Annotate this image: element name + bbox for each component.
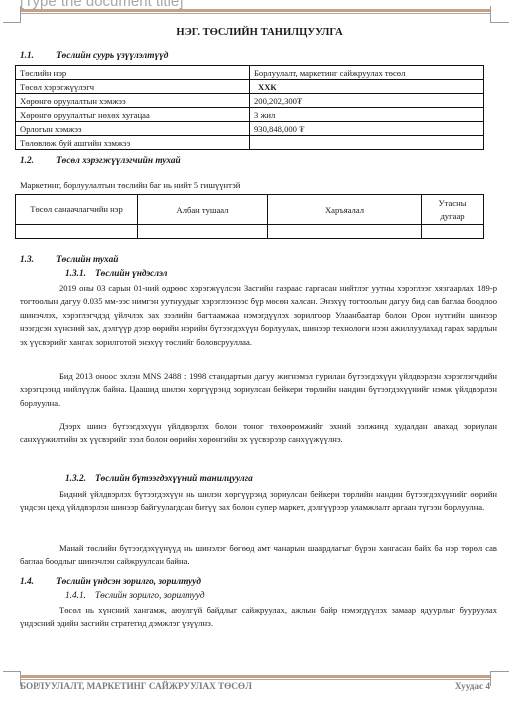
header-rule-thin	[20, 13, 490, 14]
paragraph-rationale: 2019 оны 03 сарын 01-ний өдрөөс хэрэгжүү…	[20, 282, 497, 349]
table-cell	[138, 225, 268, 239]
table-row	[16, 225, 484, 239]
section-1-1-heading: 1.1.Төслийн суурь үзүүлэлтүүд	[20, 51, 168, 61]
section-1-4-1-heading: 1.4.1.Төслийн зорилго, зорилтууд	[65, 591, 205, 601]
section-1-4-heading: 1.4.Төслийн үндсэн зорилго, зорилтууд	[20, 577, 201, 587]
table-cell-label: Төлөвлөж буй ашгийн хэмжээ	[16, 136, 250, 150]
table-cell	[268, 225, 422, 239]
paragraph-text: Манай төслийн бүтээгдэхүүнүүд нь шинэлэг…	[20, 542, 497, 569]
table-header-cell: Харъяалал	[268, 195, 422, 225]
table-row: Төсөл хэрэгжүүлэгч ХХК	[16, 80, 484, 94]
table-cell-value: Борлуулалт, маркетинг сайжруулах төсөл	[250, 66, 484, 80]
table-cell-value	[250, 136, 484, 150]
table-cell-value: ХХК	[250, 80, 484, 94]
table-cell-value: 200,202,300₮	[250, 94, 484, 108]
paragraph-text: 2019 оны 03 сарын 01-ний өдрөөс хэрэгжүү…	[20, 282, 497, 349]
header-corner-right	[490, 6, 509, 23]
section-title: Төсөл хэрэгжүүлэгчийн тухай	[56, 156, 181, 166]
footer-rule-thin	[20, 679, 490, 680]
paragraph-text: Төсөл нь хүнсний хангамж, аюулгүй байдлы…	[20, 604, 497, 631]
paragraph-financing: Дээрх шинэ бүтээгдэхүүн үйлдвэрлэх болон…	[20, 420, 497, 447]
paragraph-text: Бидний үйлдвэрлэх бүтээгдэхүүн нь шилэн …	[20, 488, 497, 515]
section-title: Төслийн үндэслэл	[95, 269, 167, 279]
section-title: Төслийн бүтээгдэхүүний танилцуулга	[95, 474, 253, 484]
table-row: Орлогын хэмжээ 930,848,000 ₮	[16, 122, 484, 136]
table-header-row: Төсөл санаачлагчийн нэр Албан тушаал Хар…	[16, 195, 484, 225]
footer-title: БОРЛУУЛАЛТ, МАРКЕТИНГ САЙЖРУУЛАХ ТӨСӨЛ	[20, 681, 252, 691]
paragraph-standard: Бид 2013 оноос эхлэн MNS 2488 : 1998 ста…	[20, 370, 497, 410]
table-cell-label: Хөрөнгө оруулалтыг нөхөх хугацаа	[16, 108, 250, 122]
table-cell	[16, 225, 138, 239]
table-header-cell: Төсөл санаачлагчийн нэр	[16, 195, 138, 225]
section-1-3-2-heading: 1.3.2.Төслийн бүтээгдэхүүний танилцуулга	[65, 474, 253, 484]
footer-page-number: Хуудас 4	[455, 681, 490, 691]
section-title: Төслийн тухай	[56, 255, 118, 265]
table-header-cell: Албан тушаал	[138, 195, 268, 225]
paragraph-text: Дээрх шинэ бүтээгдэхүүн үйлдвэрлэх болон…	[20, 420, 497, 447]
table-cell	[422, 225, 484, 239]
table-cell-value: 930,848,000 ₮	[250, 122, 484, 136]
header-rule	[20, 9, 490, 12]
section-number: 1.3.2.	[65, 474, 95, 484]
table-cell-label: Хөрөнгө оруулалтын хэмжээ	[16, 94, 250, 108]
team-table: Төсөл санаачлагчийн нэр Албан тушаал Хар…	[15, 194, 484, 239]
table-row: Хөрөнгө оруулалтын хэмжээ 200,202,300₮	[16, 94, 484, 108]
basic-indicators-table: Төслийн нэр Борлуулалт, маркетинг сайжру…	[15, 65, 484, 150]
header-corner-left	[3, 6, 21, 23]
section-number: 1.1.	[20, 51, 56, 61]
paragraph-quality: Манай төслийн бүтээгдэхүүнүүд нь шинэлэг…	[20, 542, 497, 569]
table-row: Төлөвлөж буй ашгийн хэмжээ	[16, 136, 484, 150]
table-cell-value: 3 жил	[250, 108, 484, 122]
section-number: 1.4.	[20, 577, 56, 587]
section-1-2-heading: 1.2.Төсөл хэрэгжүүлэгчийн тухай	[20, 156, 181, 166]
footer-rule	[20, 675, 490, 678]
paragraph-text: Бид 2013 оноос эхлэн MNS 2488 : 1998 ста…	[20, 370, 497, 410]
section-number: 1.4.1.	[65, 591, 95, 601]
section-1-3-heading: 1.3.Төслийн тухай	[20, 255, 118, 265]
table-cell-label: Төсөл хэрэгжүүлэгч	[16, 80, 250, 94]
table-row: Хөрөнгө оруулалтыг нөхөх хугацаа 3 жил	[16, 108, 484, 122]
team-intro-text: Маркетинг, борлуулалтын төслийн баг нь н…	[20, 180, 240, 190]
section-number: 1.2.	[20, 156, 56, 166]
section-title: Төслийн үндсэн зорилго, зорилтууд	[56, 577, 201, 587]
section-number: 1.3.	[20, 255, 56, 265]
table-row: Төслийн нэр Борлуулалт, маркетинг сайжру…	[16, 66, 484, 80]
section-number: 1.3.1.	[65, 269, 95, 279]
table-cell-label: Орлогын хэмжээ	[16, 122, 250, 136]
section-title: Төслийн суурь үзүүлэлтүүд	[56, 51, 168, 61]
footer-corner-left	[3, 671, 21, 686]
paragraph-product: Бидний үйлдвэрлэх бүтээгдэхүүн нь шилэн …	[20, 488, 497, 515]
footer-corner-right	[490, 671, 509, 686]
document-title: НЭГ. ТӨСЛИЙН ТАНИЛЦУУЛГА	[0, 27, 519, 38]
table-header-cell: Утасны дугаар	[422, 195, 484, 225]
table-cell-label: Төслийн нэр	[16, 66, 250, 80]
paragraph-goals: Төсөл нь хүнсний хангамж, аюулгүй байдлы…	[20, 604, 497, 631]
section-1-3-1-heading: 1.3.1.Төслийн үндэслэл	[65, 269, 167, 279]
section-title: Төслийн зорилго, зорилтууд	[95, 591, 205, 601]
